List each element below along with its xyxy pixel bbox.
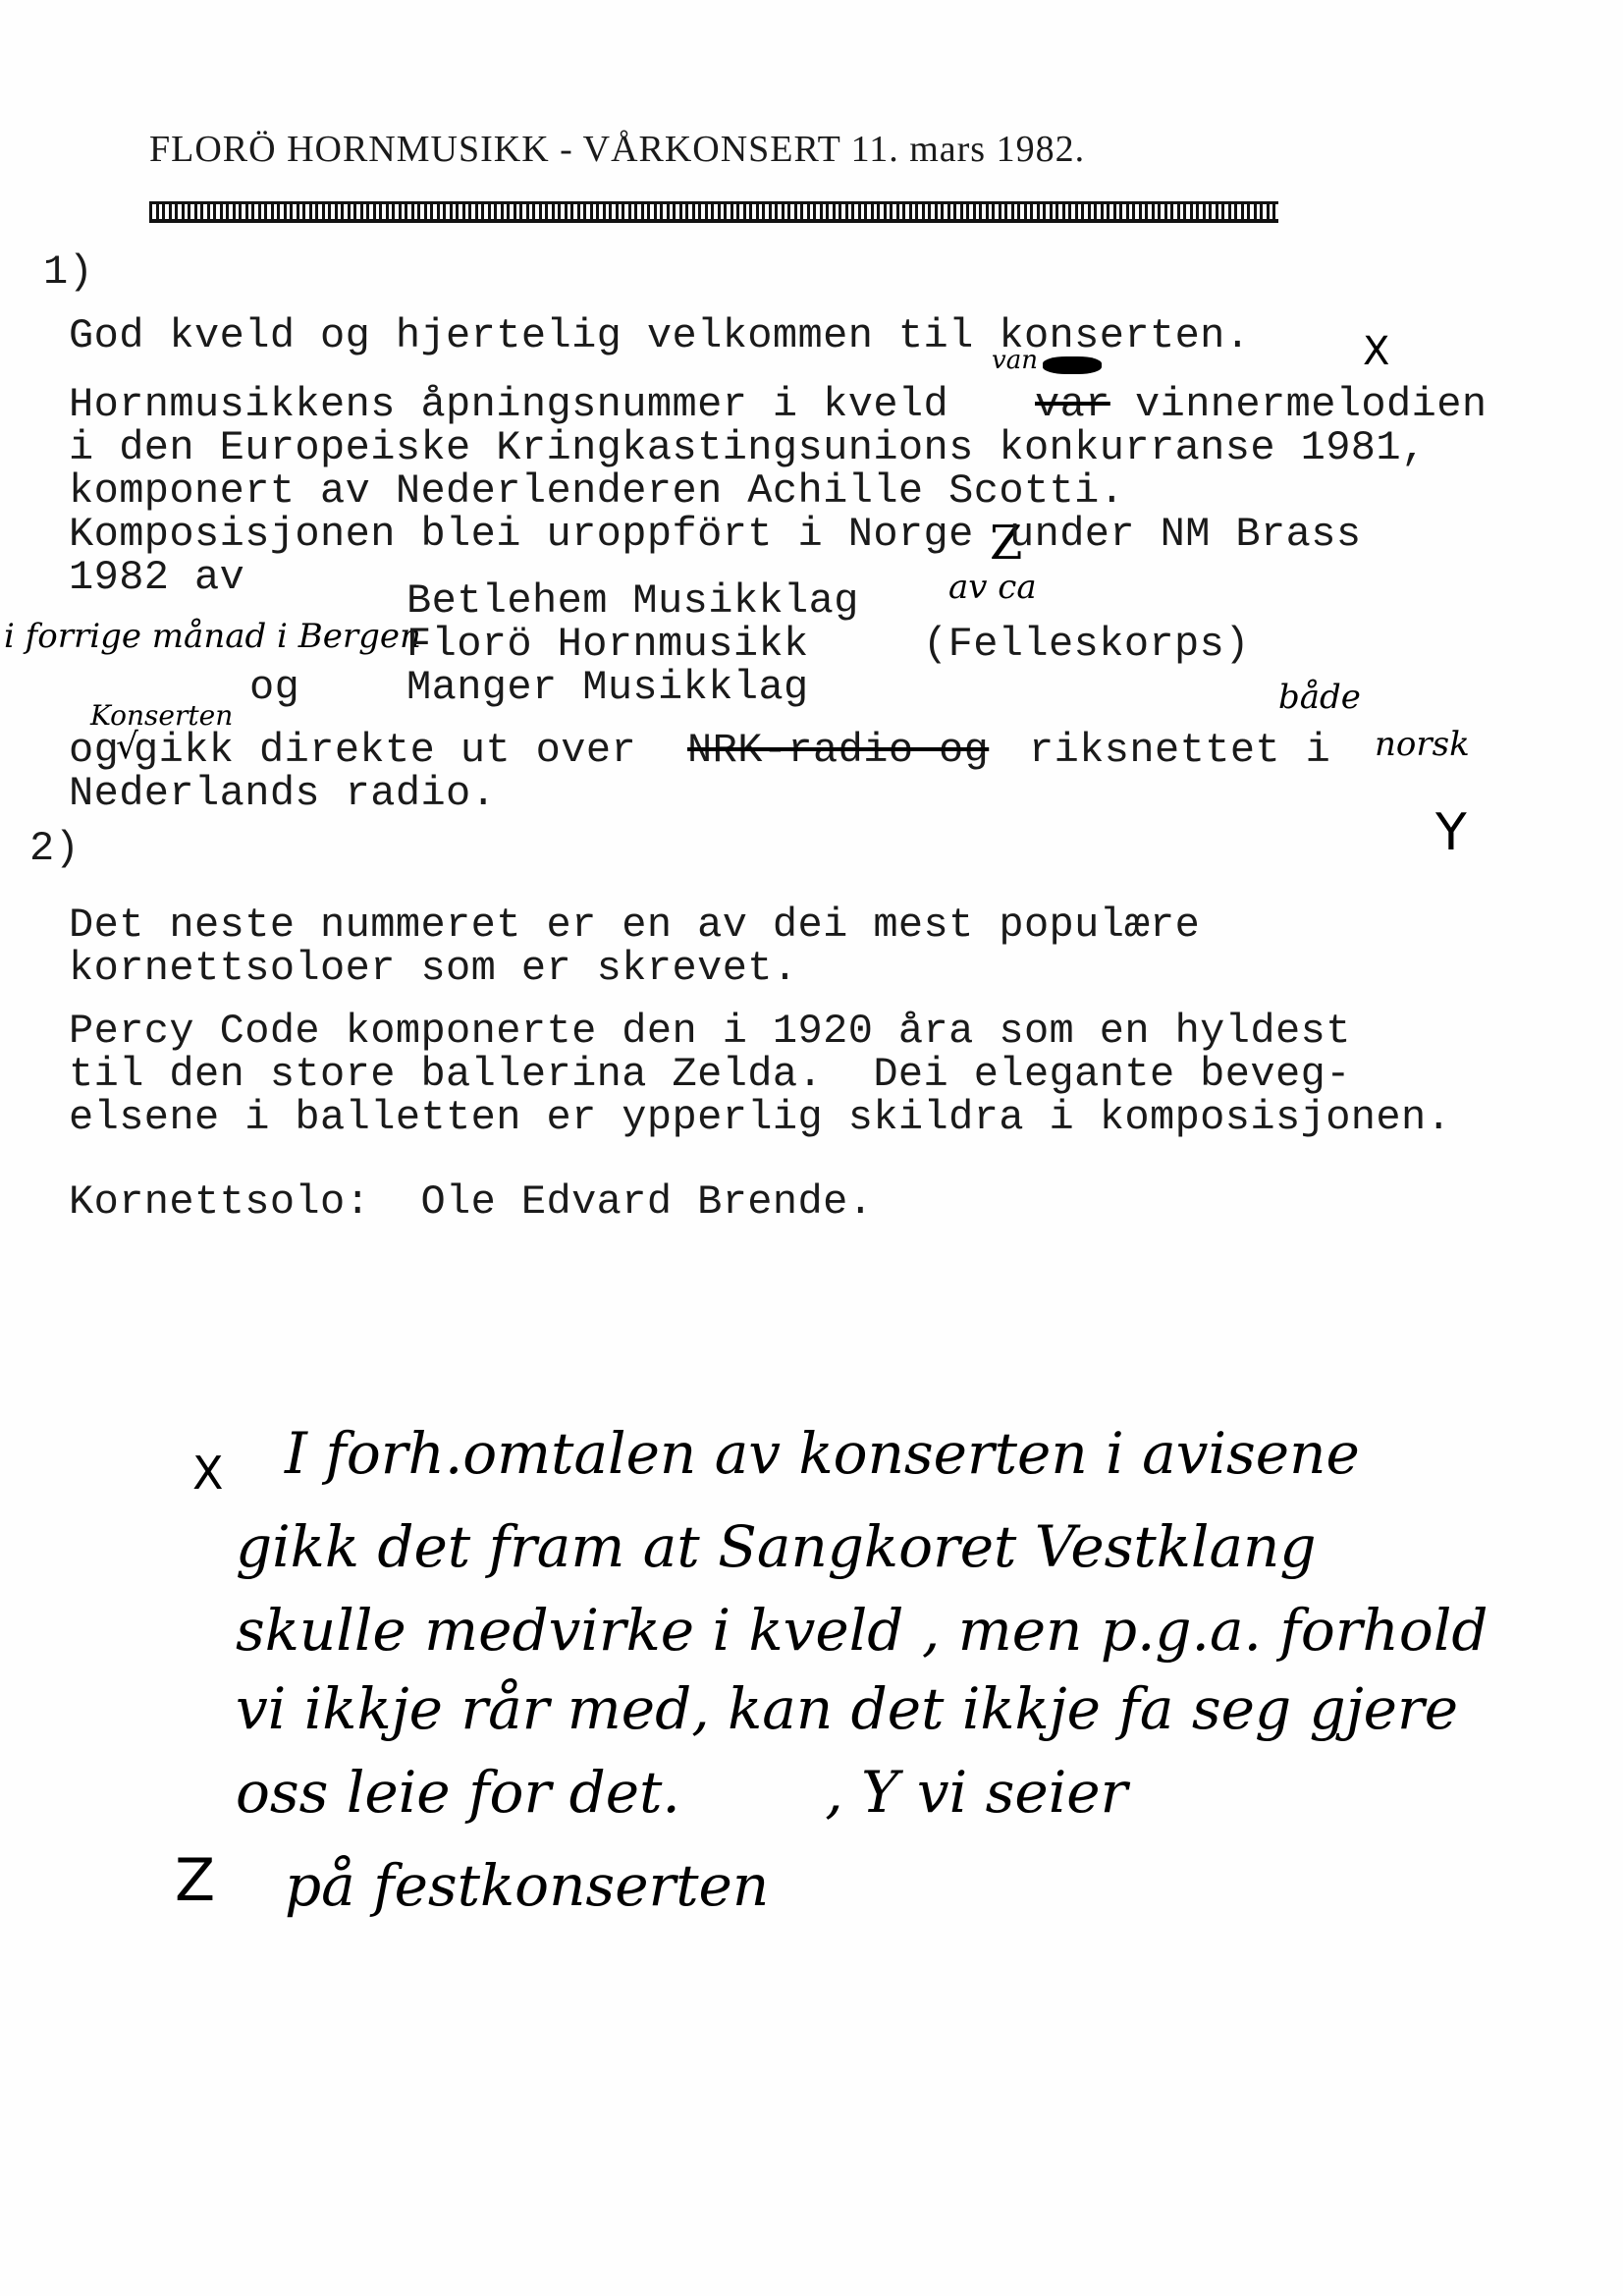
conjunction-og: og bbox=[249, 666, 299, 709]
text-line: Nederlands radio. bbox=[69, 772, 496, 815]
struck-text-var: var bbox=[1035, 383, 1110, 426]
footnote-x-line: skulle medvirke i kveld , men p.g.a. for… bbox=[236, 1596, 1488, 1665]
text-line: Komposisjonen blei uroppfört i Norge bbox=[69, 513, 974, 556]
footnote-z-text: på festkonserten bbox=[285, 1851, 769, 1920]
soloist-line: Kornettsolo: Ole Edvard Brende. bbox=[69, 1180, 873, 1224]
footnote-x-line: gikk det fram at Sangkoret Vestklang bbox=[236, 1512, 1317, 1581]
footnote-marker-x: X bbox=[192, 1439, 224, 1507]
text-line: vinnermelodien bbox=[1135, 383, 1487, 426]
footnote-x-line: vi ikkje rår med, kan det ikkje fa seg g… bbox=[236, 1674, 1458, 1743]
text-line: riksnettet i bbox=[1029, 729, 1330, 772]
struck-text-nrk-radio: NRK-radio og bbox=[687, 729, 989, 772]
text-line: 1982 av bbox=[69, 556, 244, 599]
ink-blot bbox=[1043, 356, 1102, 374]
text-line: komponert av Nederlenderen Achille Scott… bbox=[69, 469, 1124, 513]
text-line: God kveld og hjertelig velkommen til kon… bbox=[69, 314, 1250, 357]
text-line: gikk direkte ut over bbox=[134, 729, 636, 772]
handwritten-av-ca: av ca bbox=[948, 568, 1037, 607]
scanned-document-page: FLORÖ HORNMUSIKK - VÅRKONSERT 11. mars 1… bbox=[0, 0, 1623, 2296]
band-name: Manger Musikklag bbox=[406, 666, 809, 709]
band-name: Florö Hornmusikk bbox=[406, 623, 809, 666]
text-line: og bbox=[69, 729, 119, 772]
footnote-marker-z: Z bbox=[175, 1846, 215, 1915]
handwritten-insert-van: van bbox=[992, 346, 1038, 375]
section-number-1: 1) bbox=[43, 250, 93, 294]
section-number-2: 2) bbox=[29, 827, 80, 870]
felleskorps-label: (Felleskorps) bbox=[923, 623, 1250, 666]
text-line: Hornmusikkens åpningsnummer i kveld bbox=[69, 383, 948, 426]
title-underline-rule bbox=[149, 201, 1278, 223]
handwritten-margin-bergen: i forrige månad i Bergen bbox=[4, 617, 421, 656]
paragraph: Percy Code komponerte den i 1920 åra som… bbox=[69, 1010, 1451, 1139]
paragraph: Det neste nummeret er en av dei mest pop… bbox=[69, 903, 1200, 990]
document-title: FLORÖ HORNMUSIKK - VÅRKONSERT 11. mars 1… bbox=[149, 128, 1085, 171]
text-line: i den Europeiske Kringkastingsunions kon… bbox=[69, 426, 1427, 469]
annotation-mark-x: X bbox=[1363, 329, 1389, 374]
footnote-x-line: oss leie for det. , Y vi seier bbox=[236, 1758, 1127, 1827]
annotation-mark-y: Y bbox=[1435, 803, 1467, 862]
handwritten-norsk: norsk bbox=[1375, 725, 1470, 764]
footnote-x-line: I forh.omtalen av konserten i avisene bbox=[285, 1419, 1360, 1488]
band-name: Betlehem Musikklag bbox=[406, 579, 859, 623]
text-line: under NM Brass bbox=[1009, 513, 1361, 556]
handwritten-bade: både bbox=[1278, 678, 1361, 717]
